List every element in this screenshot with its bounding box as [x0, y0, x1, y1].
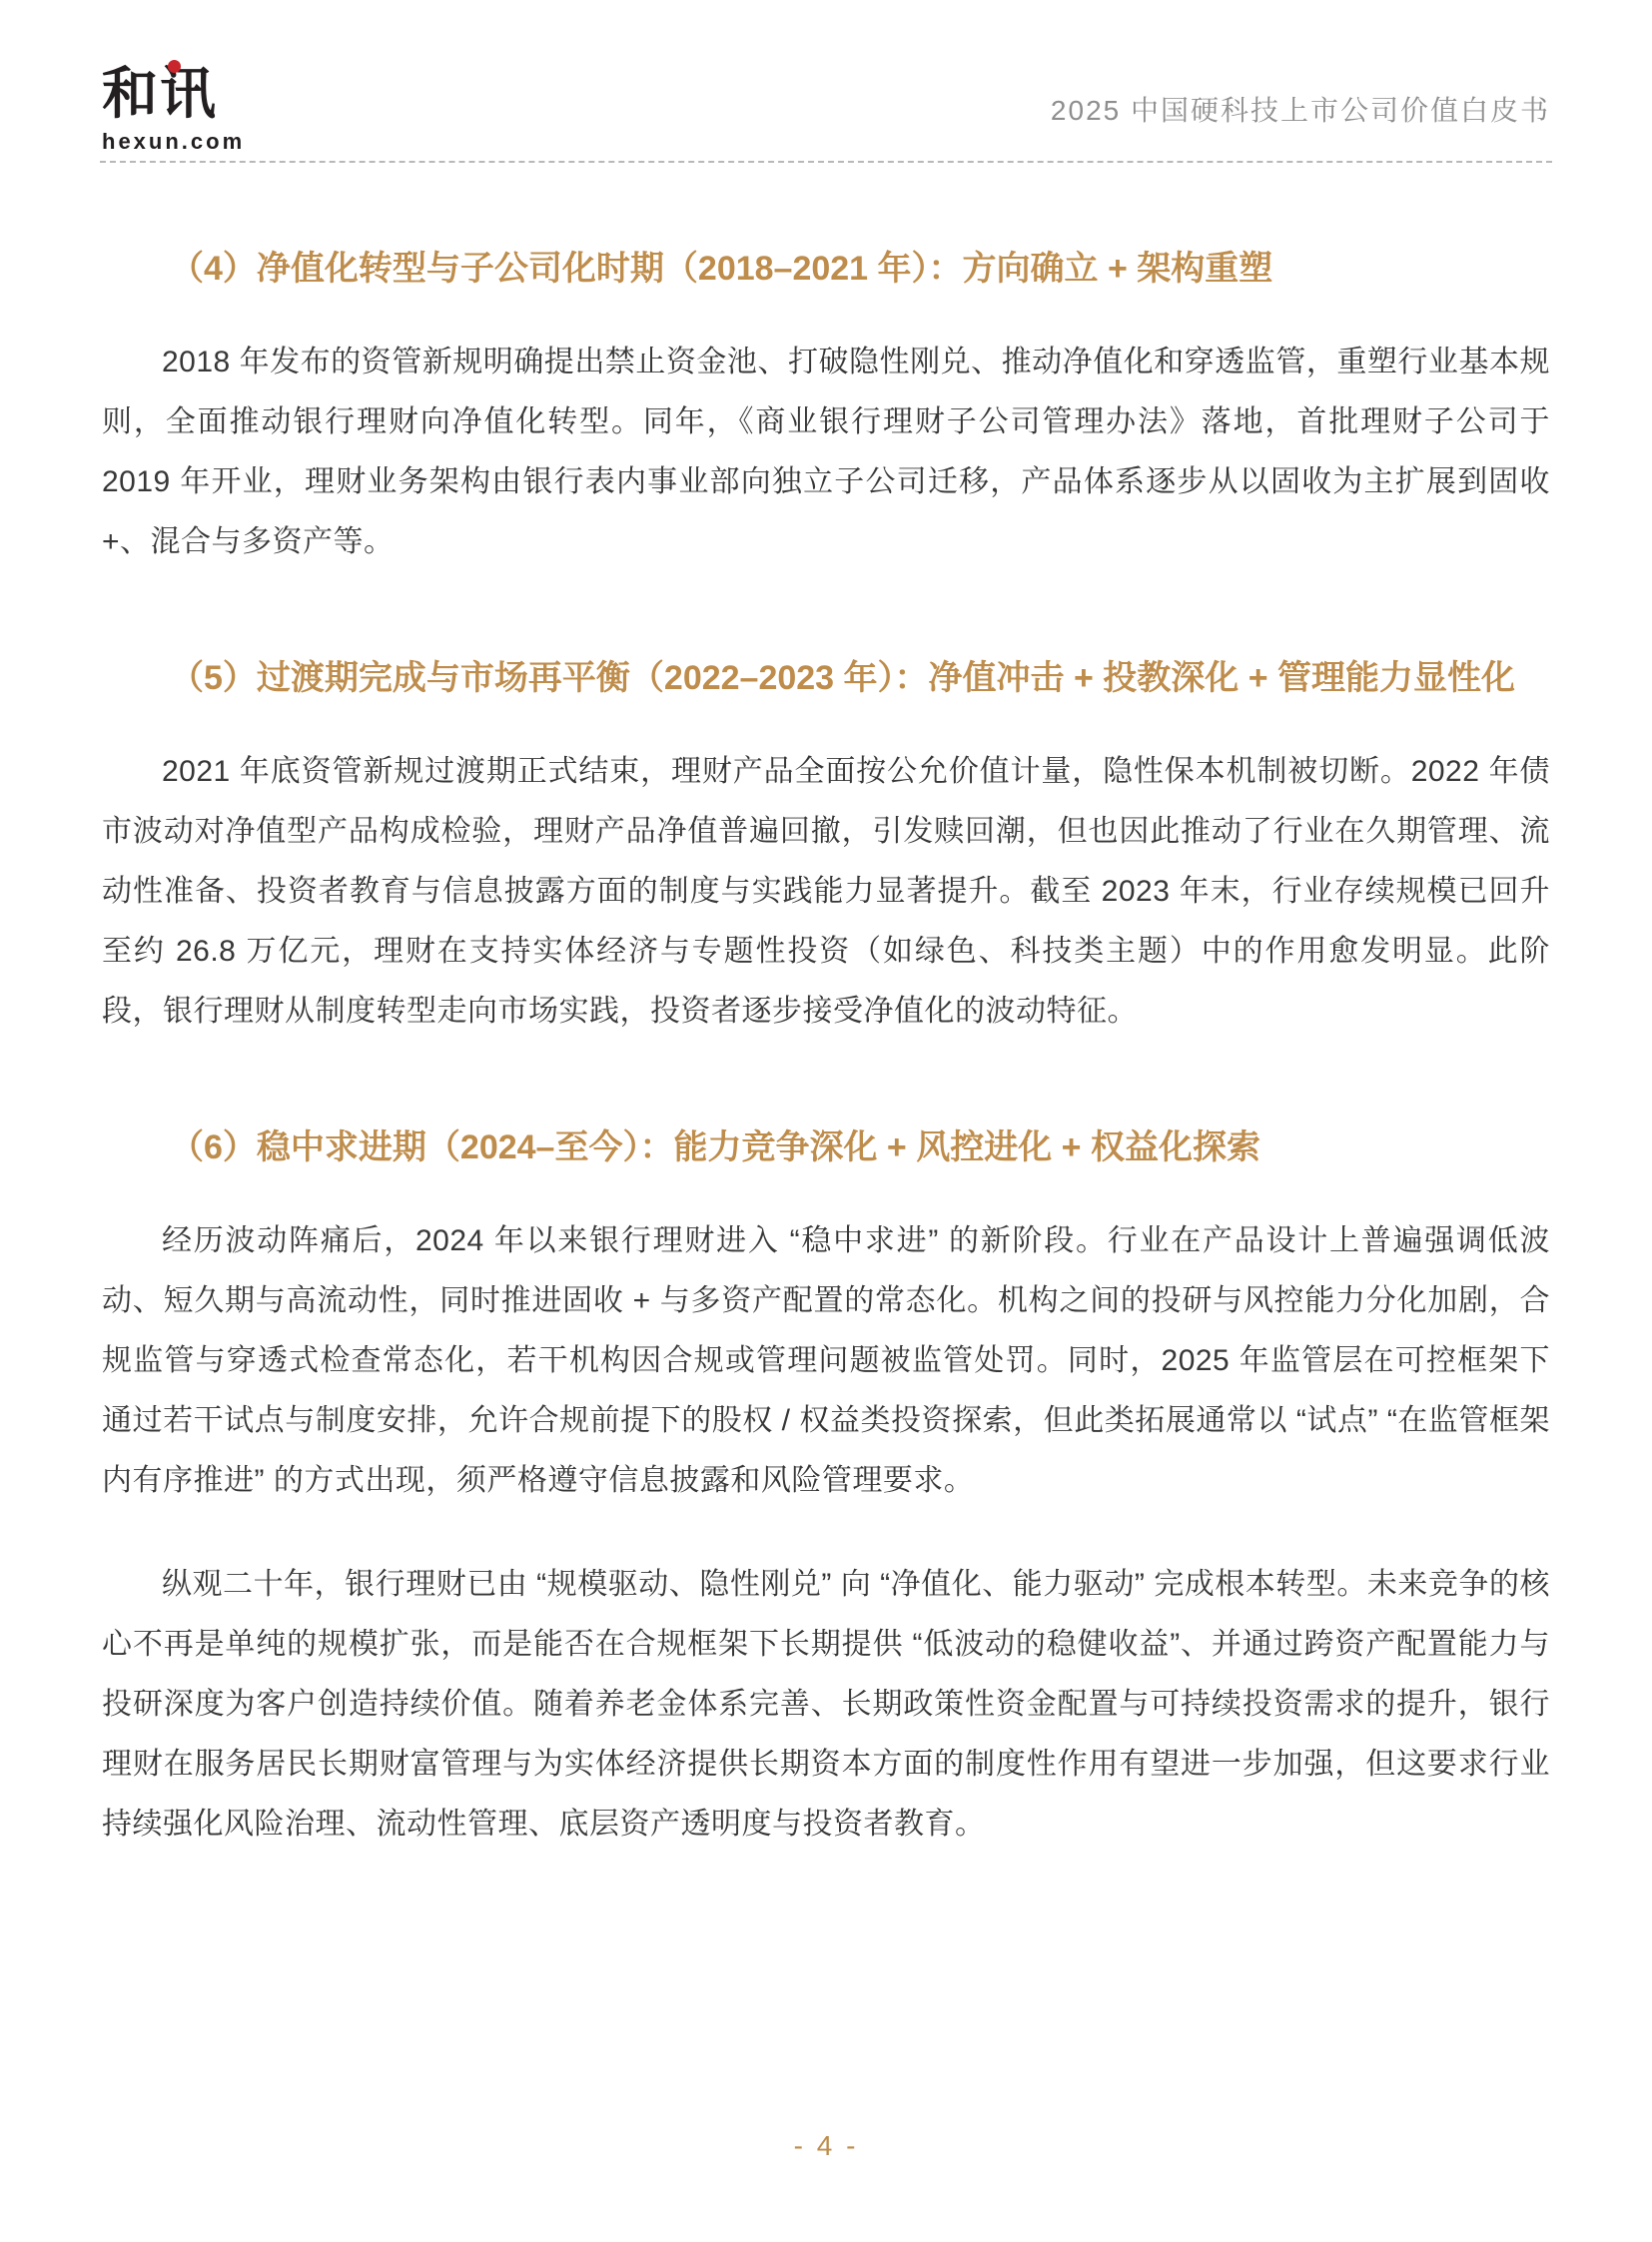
document-title: 2025 中国硬科技上市公司价值白皮书 [1051, 89, 1550, 155]
page-footer: - 4 - [0, 2130, 1652, 2162]
paragraph-section-6: 经历波动阵痛后，2024 年以来银行理财进入 “稳中求进” 的新阶段。行业在产品… [102, 1211, 1550, 1511]
document-page: 和讯 hexun.com 2025 中国硬科技上市公司价值白皮书 （4）净值化转… [0, 0, 1652, 2242]
logo-red-dot-icon [168, 60, 181, 73]
paragraph-summary: 纵观二十年，银行理财已由 “规模驱动、隐性刚兑” 向 “净值化、能力驱动” 完成… [102, 1555, 1550, 1855]
hexun-logo: 和讯 hexun.com [102, 66, 245, 155]
hexun-logo-domain: hexun.com [102, 129, 245, 155]
section-heading-5: （5）过渡期完成与市场再平衡（2022–2023 年）：净值冲击 + 投教深化 … [102, 644, 1550, 712]
page-content: （4）净值化转型与子公司化时期（2018–2021 年）：方向确立 + 架构重塑… [100, 235, 1552, 1855]
hexun-logo-text: 和讯 [102, 66, 245, 122]
page-number: - 4 - [794, 2130, 859, 2161]
page-header: 和讯 hexun.com 2025 中国硬科技上市公司价值白皮书 [100, 66, 1552, 155]
paragraph-section-5: 2021 年底资管新规过渡期正式结束，理财产品全面按公允价值计量，隐性保本机制被… [102, 742, 1550, 1042]
section-heading-6: （6）稳中求进期（2024–至今）：能力竞争深化 + 风控进化 + 权益化探索 [102, 1114, 1550, 1181]
paragraph-section-4: 2018 年发布的资管新规明确提出禁止资金池、打破隐性刚兑、推动净值化和穿透监管… [102, 333, 1550, 572]
section-heading-4: （4）净值化转型与子公司化时期（2018–2021 年）：方向确立 + 架构重塑 [102, 235, 1550, 303]
header-divider [100, 161, 1552, 163]
